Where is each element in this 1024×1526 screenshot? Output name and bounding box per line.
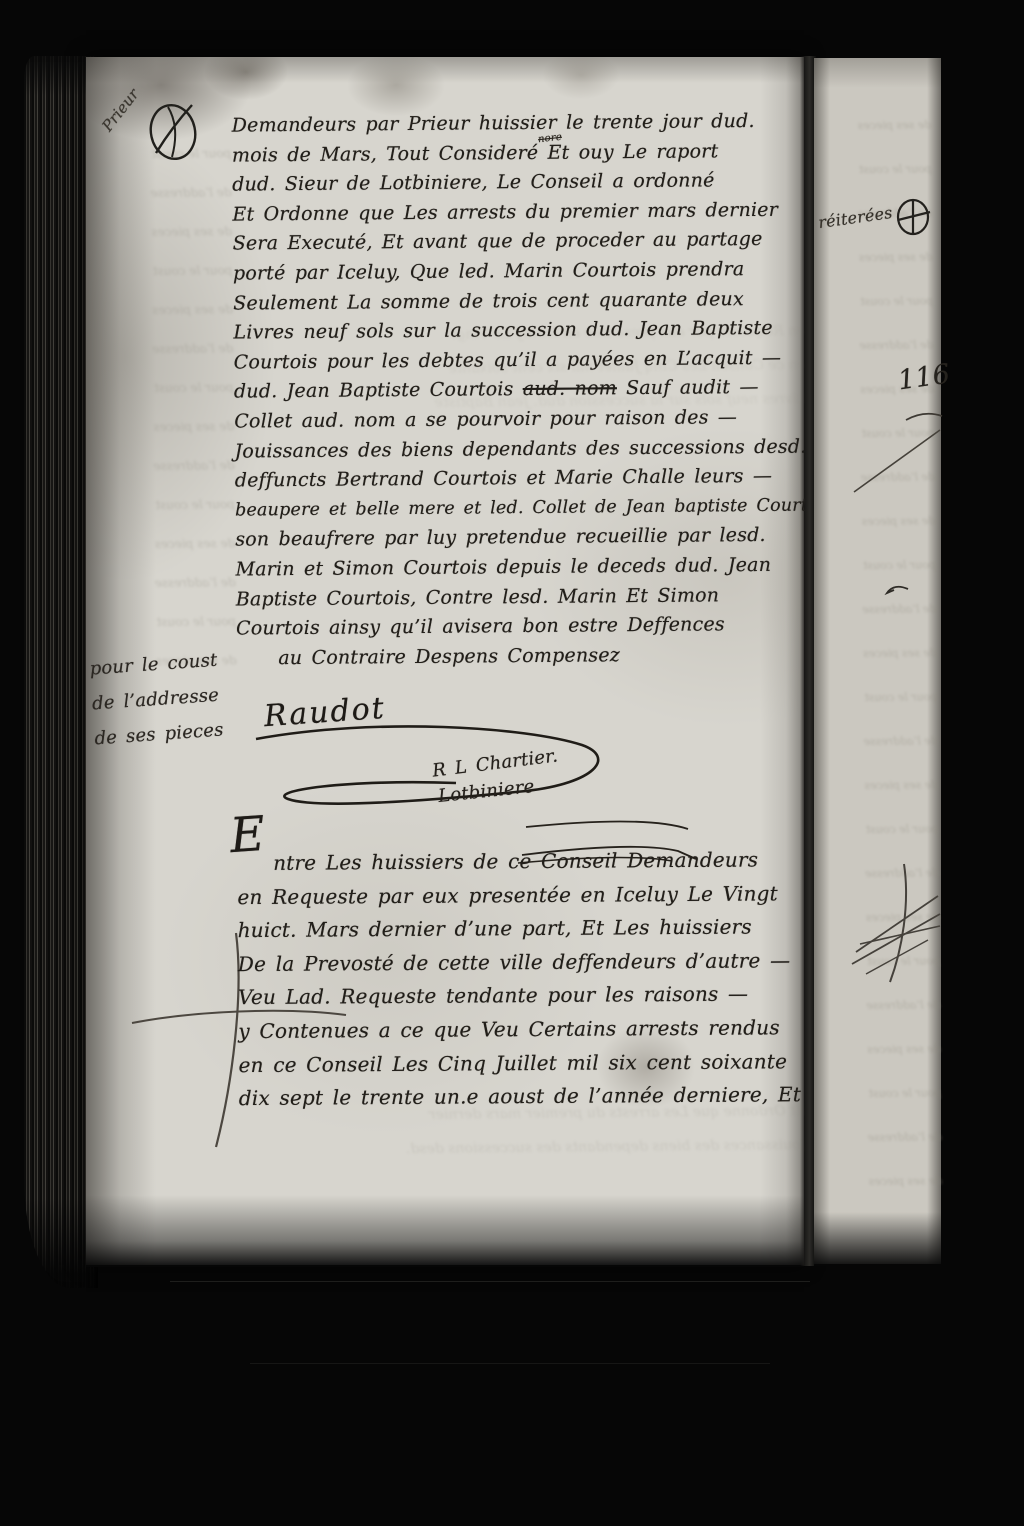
- facing-page-strip: de ses pieces pour le coust de l’address…: [814, 58, 941, 1264]
- line-text: dud. Jean Baptiste Courtois: [234, 378, 523, 403]
- corner-annotation: Prieur: [98, 85, 142, 135]
- scan-artifact-line: [250, 1363, 770, 1364]
- diagonal-stroke-icon: [844, 408, 948, 508]
- folio-number: 116: [896, 359, 952, 397]
- archive-photo: pour le coust de l’addresse de ses piece…: [0, 0, 1024, 1526]
- arrow-squiggle-icon: [884, 583, 912, 601]
- manuscript-line: au Contraire Despens Compensez: [236, 639, 822, 674]
- manuscript-line: Collet aud. nom a se pourvoir pour raiso…: [234, 402, 820, 437]
- manuscript-line: Demandeurs par Prieur huissier le trente…: [232, 106, 818, 141]
- manuscript-line: en ce Conseil Les Cinq Juillet mil six c…: [238, 1044, 838, 1082]
- manuscript-line: en Requeste par eux presentée en Iceluy …: [237, 877, 837, 915]
- handwritten-paragraph-2: ntre Les huissiers de ce Conseil Demande…: [237, 843, 839, 1116]
- handwritten-paragraph-1: Demandeurs par Prieur huissier le trente…: [232, 106, 823, 673]
- margin-note: pour le coust de l’addresse de ses piece…: [88, 643, 224, 757]
- manuscript-line: huict. Mars dernier d’une part, Et Les h…: [238, 910, 838, 948]
- manuscript-page: pour le coust de l’addresse de ses piece…: [86, 57, 804, 1265]
- manuscript-line: Veu Lad. Requeste tendante pour les rais…: [238, 977, 838, 1015]
- circled-cross-icon: [894, 196, 934, 238]
- margin-note-line: de ses pieces: [93, 712, 224, 756]
- manuscript-line: deffuncts Bertrand Courtois et Marie Cha…: [235, 462, 821, 497]
- pencil-scribble-icon: [850, 856, 946, 990]
- manuscript-line: Livres neuf sols sur la succession dud. …: [233, 314, 819, 349]
- paraph-mark-icon: [142, 97, 206, 165]
- manuscript-line: dix sept le trente un.e aoust de l’année…: [239, 1078, 839, 1116]
- scan-artifact-line: [170, 1281, 810, 1282]
- manuscript-line: Marin et Simon Courtois depuis le deceds…: [235, 550, 821, 585]
- bleed-through-text: de ses pieces pour le coust de l’address…: [811, 103, 943, 1224]
- bleed-through-text: pour le coust de l’addresse de ses piece…: [87, 134, 237, 715]
- strikethrough-text: aud. nom: [523, 378, 617, 401]
- manuscript-line: y Contenues a ce que Veu Certains arrest…: [238, 1011, 838, 1049]
- line-text: Sauf audit —: [617, 376, 759, 399]
- manuscript-line: De la Prevosté de cette ville deffendeur…: [238, 944, 838, 982]
- manuscript-line: porté par Iceluy, Que led. Marin Courtoi…: [233, 254, 819, 289]
- manuscript-line: ntre Les huissiers de ce Conseil Demande…: [237, 843, 837, 881]
